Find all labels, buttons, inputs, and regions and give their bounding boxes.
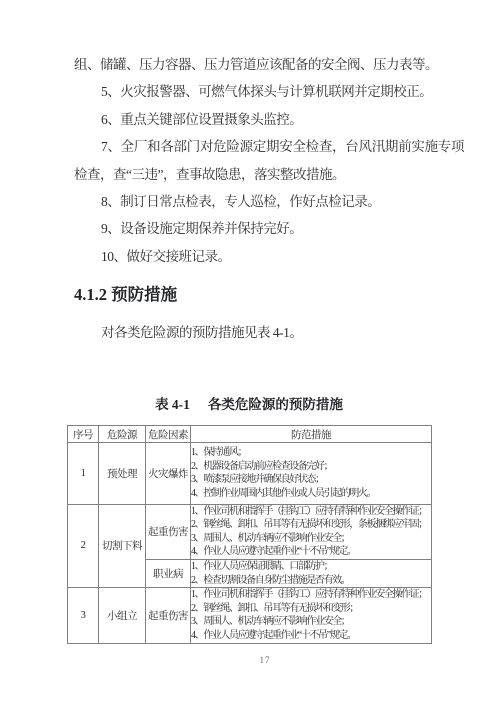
table-caption-label: 表 4-1 xyxy=(155,397,190,412)
body-paragraph: 9、设备设施定期保养并保持完好。 xyxy=(74,215,464,242)
measure-line: 2、钢丝绳、卸扣、吊耳等有无损坏和变形，条板捆绑应牢固； xyxy=(191,518,431,532)
page-number: 17 xyxy=(74,655,456,665)
measure-line: 3、周围人、机动车辆应不影响作业安全； xyxy=(191,615,431,629)
measure-line: 1、作业司机和指挥手（挂钩工）应持有特种作业安全操作证； xyxy=(191,588,431,602)
cell-prevention-measures: 1、作业司机和指挥手（挂钩工）应持有特种作业安全操作证；2、钢丝绳、卸扣、吊耳等… xyxy=(191,588,432,643)
cell-hazard-source: 小组立 xyxy=(99,588,146,643)
table-header-row: 序号危险源危险因素防范措施 xyxy=(68,426,432,443)
cell-hazard-factor: 火灾爆炸 xyxy=(146,443,191,504)
table-header-cell: 序号 xyxy=(68,426,99,443)
cell-hazard-factor: 起重伤害 xyxy=(146,588,191,643)
measure-line: 1、作业司机和指挥手（挂钩工）应持有特种作业安全操作证； xyxy=(191,505,431,519)
measure-line: 2、检查切割设备自身防尘措施是否有效。 xyxy=(191,574,431,588)
body-paragraph: 组、储罐、压力容器、压力管道应该配备的安全阀、压力表等。 xyxy=(74,51,464,78)
measure-line: 3、周围人、机动车辆应不影响作业安全； xyxy=(191,532,431,546)
table-header-cell: 防范措施 xyxy=(191,426,432,443)
measure-line: 4、作业人员应遵守起重作业“十不吊”规定。 xyxy=(191,629,431,643)
cell-serial-number: 3 xyxy=(68,588,99,643)
table-row: 1预处理火灾爆炸1、保持通风；2、机器设备启动前应检查设备完好；3、喷漆泵应接地… xyxy=(68,443,432,504)
measure-line: 4、控制作业周围内其他作业或人员引起的明火。 xyxy=(191,487,431,501)
cell-serial-number: 2 xyxy=(68,504,99,588)
body-text: 组、储罐、压力容器、压力管道应该配备的安全阀、压力表等。5、火灾报警器、可燃气体… xyxy=(74,51,464,270)
table-row: 2切割下料起重伤害1、作业司机和指挥手（挂钩工）应持有特种作业安全操作证；2、钢… xyxy=(68,504,432,559)
cell-hazard-source: 切割下料 xyxy=(99,504,146,588)
measure-line: 4、作业人员应遵守起重作业“十不吊”规定。 xyxy=(191,545,431,559)
section-heading: 4.1.2 预防措施 xyxy=(74,283,456,306)
document-page: 组、储罐、压力容器、压力管道应该配备的安全阀、压力表等。5、火灾报警器、可燃气体… xyxy=(0,0,500,707)
table-header-cell: 危险源 xyxy=(99,426,146,443)
table-caption: 表 4-1各类危险源的预防措施 xyxy=(67,396,431,414)
table-caption-title: 各类危险源的预防措施 xyxy=(208,397,343,412)
measure-line: 1、保持通风； xyxy=(191,446,431,460)
intro-paragraph: 对各类危险源的预防措施见表 4-1。 xyxy=(74,319,456,346)
cell-hazard-factor: 职业病 xyxy=(146,560,191,588)
body-paragraph: 6、重点关键部位设置摄象头监控。 xyxy=(74,106,464,133)
measure-line: 2、机器设备启动前应检查设备完好； xyxy=(191,460,431,474)
table-row: 3小组立起重伤害1、作业司机和指挥手（挂钩工）应持有特种作业安全操作证；2、钢丝… xyxy=(68,588,432,643)
measure-line: 2、钢丝绳、卸扣、吊耳等有无损坏和变形； xyxy=(191,602,431,616)
table-header-cell: 危险因素 xyxy=(146,426,191,443)
measure-line: 3、喷漆泵应接地并确保良好状态； xyxy=(191,473,431,487)
body-paragraph: 10、做好交接班记录。 xyxy=(74,243,464,270)
cell-prevention-measures: 1、保持通风；2、机器设备启动前应检查设备完好；3、喷漆泵应接地并确保良好状态；… xyxy=(191,443,432,504)
body-paragraph: 7、全厂和各部门对危险源定期安全检查，台风汛期前实施专项检查，查“三违”，查事故… xyxy=(74,133,464,188)
cell-serial-number: 1 xyxy=(68,443,99,504)
body-paragraph: 8、制订日常点检表，专人巡检，作好点检记录。 xyxy=(74,188,464,215)
measure-line: 1、作业人员应保证眼睛、口部防护； xyxy=(191,560,431,574)
cell-prevention-measures: 1、作业司机和指挥手（挂钩工）应持有特种作业安全操作证；2、钢丝绳、卸扣、吊耳等… xyxy=(191,504,432,559)
body-paragraph: 5、火灾报警器、可燃气体探头与计算机联网并定期校正。 xyxy=(74,78,464,105)
cell-prevention-measures: 1、作业人员应保证眼睛、口部防护；2、检查切割设备自身防尘措施是否有效。 xyxy=(191,560,432,588)
cell-hazard-factor: 起重伤害 xyxy=(146,504,191,559)
hazard-table: 序号危险源危险因素防范措施 1预处理火灾爆炸1、保持通风；2、机器设备启动前应检… xyxy=(67,425,432,643)
cell-hazard-source: 预处理 xyxy=(99,443,146,504)
